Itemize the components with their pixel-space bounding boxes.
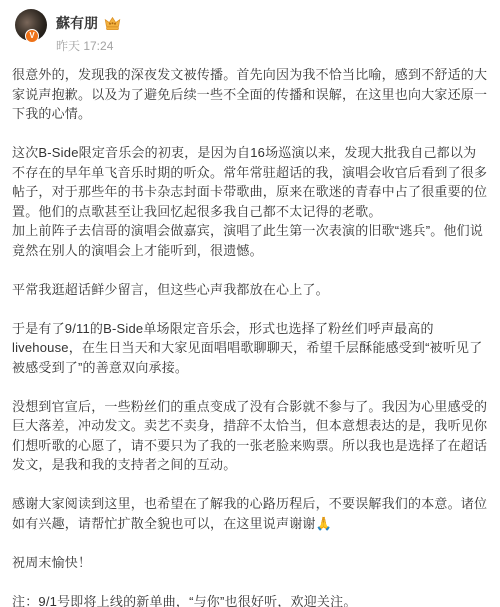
post-paragraph: 祝周末愉快！ xyxy=(12,553,488,573)
user-name[interactable]: 蘇有朋 xyxy=(56,13,98,33)
verified-v-icon: V xyxy=(25,29,39,43)
vip-crown-icon xyxy=(104,16,121,31)
post-paragraph: 没想到官宣后，一些粉丝们的重点变成了没有合影就不参与了。我因为心里感受的巨大落差… xyxy=(12,397,488,475)
avatar[interactable]: V xyxy=(15,9,47,41)
post-paragraph: 感谢大家阅读到这里，也希望在了解我的心路历程后，不要误解我们的本意。诸位如有兴趣… xyxy=(12,494,488,533)
post-paragraph: 注：9/1号即将上线的新单曲，“与你”也很好听，欢迎关注。 xyxy=(12,592,488,607)
post-timestamp: 昨天 17:24 xyxy=(56,37,121,54)
weibo-post: V 蘇有朋 昨天 17:24 很意外的，发现我的深夜发文被传播。首先向因为我不恰… xyxy=(0,0,500,607)
post-paragraph: 于是有了9/11的B-Side单场限定音乐会，形式也选择了粉丝们呼声最高的liv… xyxy=(12,319,488,378)
post-paragraph: 这次B-Side限定音乐会的初衷，是因为自16场巡演以来，发现大批我自己都以为不… xyxy=(12,143,488,260)
header-text: 蘇有朋 昨天 17:24 xyxy=(56,9,121,54)
post-body: 很意外的，发现我的深夜发文被传播。首先向因为我不恰当比喻，感到不舒适的大家说声抱… xyxy=(12,65,488,607)
post-paragraph: 很意外的，发现我的深夜发文被传播。首先向因为我不恰当比喻，感到不舒适的大家说声抱… xyxy=(12,65,488,124)
post-header: V 蘇有朋 昨天 17:24 xyxy=(12,9,488,56)
post-paragraph: 平常我逛超话鲜少留言，但这些心声我都放在心上了。 xyxy=(12,280,488,300)
